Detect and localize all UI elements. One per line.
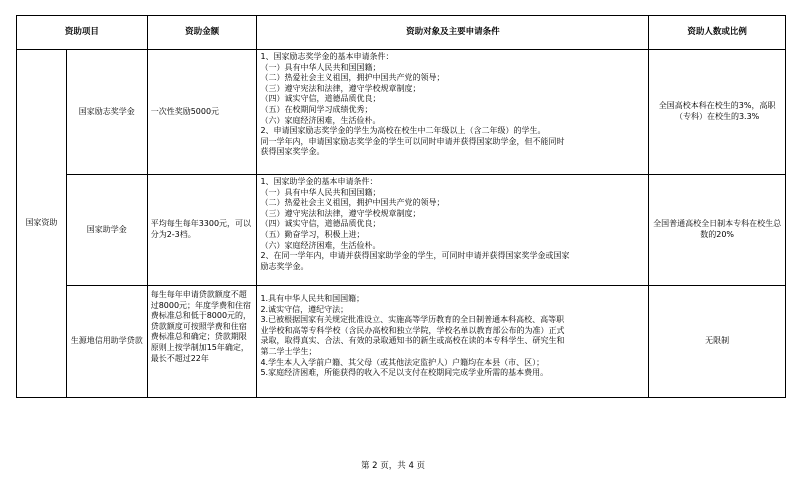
condition-line: （五）勤奋学习，积极上进；	[260, 230, 645, 241]
condition-line: 录取，取得真实、合法、有效的录取通知书的新生或高校在读的本专科学生、研究生和	[260, 336, 645, 347]
condition-line: （四）诚实守信，道德品质优良；	[260, 94, 645, 105]
amount-cell: 一次性奖励5000元	[147, 50, 257, 175]
table-row: 国家助学金 平均每生每年3300元，可以分为2-3档。 1、国家助学金的基本申请…	[17, 175, 786, 286]
page-footer: 第 2 页，共 4 页	[0, 459, 786, 471]
condition-line: 励志奖学金。	[260, 262, 645, 273]
table-header-row: 资助项目 资助金额 资助对象及主要申请条件 资助人数或比例	[17, 16, 786, 50]
project-cell: 国家助学金	[66, 175, 147, 286]
condition-line: （五）在校期间学习成绩优秀；	[260, 105, 645, 116]
conditions-cell: 1、国家励志奖学金的基本申请条件： （一）具有中华人民共和国国籍； （二）热爱社…	[257, 50, 649, 175]
condition-line: 1、国家励志奖学金的基本申请条件：	[260, 52, 645, 63]
category-cell: 国家资助	[17, 50, 67, 398]
conditions-cell: 1.具有中华人民共和国国籍； 2.诚实守信，遵纪守法； 3.已被根据国家有关规定…	[257, 286, 649, 398]
ratio-cell: 无限制	[649, 286, 786, 398]
condition-line: （二）热爱社会主义祖国，拥护中国共产党的领导；	[260, 73, 645, 84]
ratio-cell: 全国高校本科在校生的3%，高职（专科）在校生的3.3%	[649, 50, 786, 175]
condition-line: 1、国家助学金的基本申请条件：	[260, 177, 645, 188]
amount-cell: 每生每年申请贷款额度不超过8000元；年度学费和住宿费标准总和低于8000元的，…	[147, 286, 257, 398]
condition-line: 5.家庭经济困难，所能获得的收入不足以支付在校期间完成学业所需的基本费用。	[260, 368, 645, 379]
condition-line: （三）遵守宪法和法律，遵守学校规章制度；	[260, 209, 645, 220]
condition-line: 3.已被根据国家有关规定批准设立、实施高等学历教育的全日制普通本科高校、高等职	[260, 315, 645, 326]
project-cell: 生源地信用助学贷款	[66, 286, 147, 398]
condition-line: （六）家庭经济困难，生活俭朴。	[260, 116, 645, 127]
funding-table: 资助项目 资助金额 资助对象及主要申请条件 资助人数或比例 国家资助 国家励志奖…	[16, 15, 786, 398]
condition-line: 4.学生本人入学前户籍、其父母（或其他法定监护人）户籍均在本县（市、区）；	[260, 358, 645, 369]
condition-line: 第二学士学生；	[260, 347, 645, 358]
condition-line: 获得国家奖学金。	[260, 147, 645, 158]
conditions-cell: 1、国家助学金的基本申请条件： （一）具有中华人民共和国国籍； （二）热爱社会主…	[257, 175, 649, 286]
table-row: 生源地信用助学贷款 每生每年申请贷款额度不超过8000元；年度学费和住宿费标准总…	[17, 286, 786, 398]
header-ratio: 资助人数或比例	[649, 16, 786, 50]
condition-line: （四）诚实守信，道德品质优良；	[260, 219, 645, 230]
table-row: 国家资助 国家励志奖学金 一次性奖励5000元 1、国家励志奖学金的基本申请条件…	[17, 50, 786, 175]
condition-line: 2.诚实守信，遵纪守法；	[260, 305, 645, 316]
condition-line: （一）具有中华人民共和国国籍；	[260, 188, 645, 199]
condition-line: 2、在同一学年内，申请并获得国家助学金的学生，可同时申请并获得国家奖学金或国家	[260, 251, 645, 262]
amount-cell: 平均每生每年3300元，可以分为2-3档。	[147, 175, 257, 286]
project-cell: 国家励志奖学金	[66, 50, 147, 175]
condition-line: （六）家庭经济困难，生活俭朴。	[260, 241, 645, 252]
condition-line: 1.具有中华人民共和国国籍；	[260, 294, 645, 305]
condition-line: 同一学年内，申请国家励志奖学金的学生可以同时申请并获得国家助学金，但不能同时	[260, 137, 645, 148]
header-conditions: 资助对象及主要申请条件	[257, 16, 649, 50]
condition-line: 2、申请国家励志奖学金的学生为高校在校生中二年级以上（含二年级）的学生。	[260, 126, 645, 137]
ratio-cell: 全国普通高校全日制本专科在校生总数的20%	[649, 175, 786, 286]
condition-line: （一）具有中华人民共和国国籍；	[260, 63, 645, 74]
condition-line: 业学校和高等专科学校（含民办高校和独立学院，学校名单以教育部公布的为准）正式	[260, 326, 645, 337]
header-project: 资助项目	[17, 16, 148, 50]
header-amount: 资助金额	[147, 16, 257, 50]
condition-line: （二）热爱社会主义祖国，拥护中国共产党的领导；	[260, 198, 645, 209]
condition-line: （三）遵守宪法和法律，遵守学校规章制度；	[260, 84, 645, 95]
